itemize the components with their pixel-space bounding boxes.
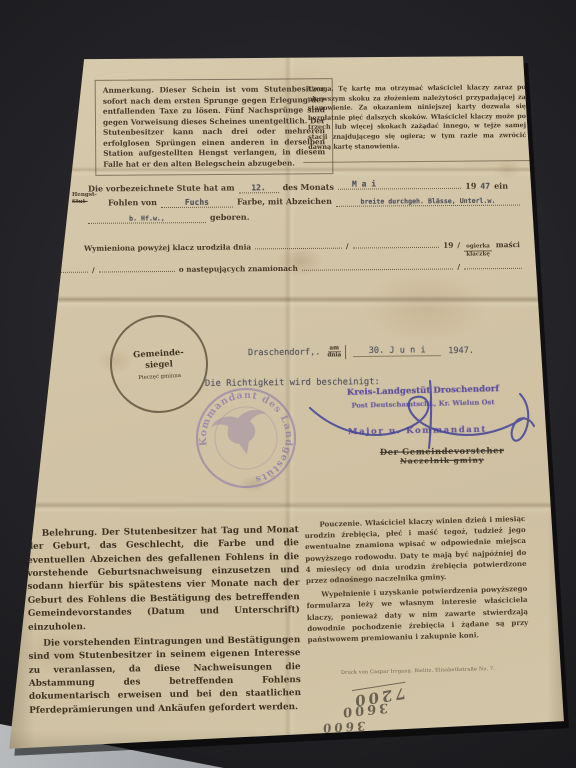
signature-flourish-stroke	[512, 394, 534, 441]
month-value: M a i	[338, 179, 376, 188]
markings2-value: b. Hf.w.,	[129, 214, 165, 222]
dnia-label: dnia	[327, 353, 341, 360]
instruction-german-para1: Der Stutenbesitzer hat Tag und Monat der…	[27, 525, 300, 632]
instruction-german-para2: Die vorstehenden Eintragungen und Bestät…	[28, 634, 301, 718]
pl-blank-4	[99, 263, 175, 273]
pl-form-line1: Wymieniona powyżej klacz urodziła dnia /…	[84, 238, 520, 261]
place-value: Draschendorf,.	[248, 347, 321, 358]
form-lead: Die vorbezeichnete Stute hat am	[88, 182, 235, 193]
form-geboren: geboren.	[210, 212, 250, 222]
pl-form-lead: Wymieniona powyżej klacz urodziła dnia	[84, 242, 251, 252]
pl-year-printed: 19	[443, 241, 453, 250]
markings-value: breite durchgeh. Blässe, Unterl.w.	[360, 197, 495, 206]
pencil-number-2: 3600	[340, 699, 388, 719]
breeding-certificate-paper: Anmerkung. Dieser Schein ist vom Stutenb…	[0, 0, 576, 768]
form-farbe: Farbe, mit Abzeichen	[237, 196, 332, 207]
pl-slash-1: /	[346, 242, 349, 251]
sire-value: Fuchs	[185, 198, 209, 207]
foal-sex-choice: ogierka klaczkę	[464, 243, 492, 258]
seal-line2: siegel	[145, 358, 173, 370]
note-polish-body: Tę kartę ma otrzymać właściciel klaczy z…	[308, 83, 526, 151]
place-date-line: Draschendorf,. am dnia 30. J u n i 1947.	[248, 344, 474, 360]
day-field: 12.	[239, 182, 279, 193]
choice-klaczke: klaczkę	[466, 251, 490, 258]
date-year-value: 1947.	[448, 346, 474, 356]
form-fohlen-von: Fohlen von	[108, 197, 157, 207]
form-line-sire: Fohlen von Fuchs Farbe, mit Abzeichen br…	[108, 195, 520, 209]
pl-slash-2: /	[457, 241, 460, 250]
month-field: M a i	[338, 179, 461, 190]
instruction-german-title: Belehrung.	[42, 528, 98, 539]
pl-blank-5	[302, 260, 454, 270]
year-value: 47	[480, 182, 490, 191]
markings-field: breite durchgeh. Blässe, Unterl.w.	[336, 195, 520, 207]
date-field: 30. J u n i	[353, 346, 441, 358]
note-german-body: Dieser Schein ist vom Stutenbesitzer sof…	[103, 84, 325, 168]
pl-form-line2: / o następujących znamionach /	[30, 260, 522, 275]
form-line-date: Die vorbezeichnete Stute hat am 12. des …	[88, 179, 508, 195]
seal-line3: Pieczęć gminna	[138, 373, 181, 381]
pl-blank-1	[255, 240, 342, 250]
am-dnia-label: am dnia	[327, 345, 346, 359]
pl-blank-6	[464, 260, 522, 270]
pl-masci: maści	[496, 240, 520, 249]
form-ein: ein	[494, 181, 508, 191]
form-monats: des Monats	[283, 182, 334, 192]
note-polish: Uwaga. Tę kartę ma otrzymać właściciel k…	[303, 79, 532, 163]
pl-slash-3: /	[92, 266, 95, 275]
instruction-polish: Pouczenie. Właściciel klaczy winien dzie…	[304, 513, 529, 648]
form-line-born: b. Hf.w., geboren.	[88, 211, 338, 224]
sire-field: Fuchs	[161, 197, 233, 209]
instruction-polish-para2: Wypełnienie i uzyskanie potwierdzenia po…	[306, 583, 528, 645]
pl-blank-3	[30, 264, 88, 274]
pl-blank-2	[352, 239, 439, 249]
pl-slash-4: /	[457, 262, 460, 271]
note-polish-title: Uwaga.	[308, 85, 334, 93]
official-signature	[282, 378, 544, 466]
label-stut-struck: Stut-	[72, 199, 97, 206]
date-value: 30. J u n i	[369, 346, 426, 357]
note-german: Anmerkung. Dieser Schein ist vom Stutenb…	[95, 78, 334, 176]
instruction-polish-title: Pouczenie.	[319, 518, 362, 528]
photo-of-document: Anmerkung. Dieser Schein ist vom Stutenb…	[0, 0, 576, 768]
day-value: 12.	[251, 183, 266, 192]
instruction-german: Belehrung. Der Stutenbesitzer hat Tag un…	[27, 524, 302, 721]
note-german-title: Anmerkung.	[103, 85, 154, 94]
signature-vertical-stroke	[429, 381, 431, 448]
signature-main-stroke	[310, 397, 524, 435]
markings2-field: b. Hf.w.,	[88, 212, 206, 224]
pl-znamiona-label: o następujących znamionach	[179, 264, 298, 274]
year-printed: 19	[465, 181, 476, 191]
printer-imprint: Druck von Caspar Irrgang, Bielitz, Elisa…	[341, 666, 495, 676]
